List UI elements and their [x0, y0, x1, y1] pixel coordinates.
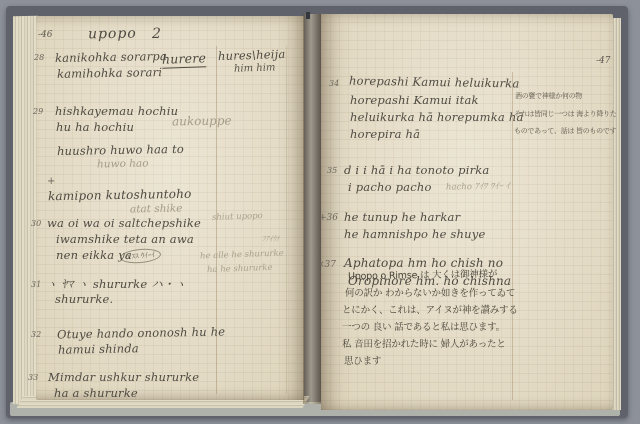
entry-line: shururke.	[55, 292, 113, 306]
pencil-katakana: ﾌｱｲｳﾅ	[262, 234, 280, 244]
entry-number: 31	[31, 280, 41, 289]
entry-line: horepira hā	[350, 127, 420, 141]
left-page-title-number: 2	[152, 26, 162, 42]
left-page-title: upopo	[88, 26, 137, 43]
entry-line: hishkayemau hochiu	[55, 104, 178, 118]
pencil-aukouppe: aukouppe	[172, 113, 232, 128]
gloss-hurere: hurere	[162, 50, 207, 69]
entry-line: heluikurka hā horepumka hā	[350, 110, 524, 124]
entry-line: i pacho pacho	[348, 180, 432, 194]
note-line: 何の訳か わからないか如きを作ってゐて	[345, 285, 515, 299]
circled-katakana: ｳ ｽｽ ｳｲｰｲ	[120, 243, 161, 263]
gutter-mark	[306, 12, 310, 19]
pencil-hacho: hacho ｱｲﾜ ﾜｲｰ ｲ	[446, 179, 510, 192]
entry-number: 32	[31, 330, 41, 339]
entry-line: kamipon kutoshuntoho	[48, 187, 192, 204]
entry-line: kanikohka sorarpa	[55, 49, 167, 65]
entry-number: +36	[319, 213, 338, 223]
note-line: 一つの 良い 話であると私は思ひます。	[342, 319, 505, 333]
pencil-huwo-hao: huwo hao	[97, 158, 149, 171]
entry-line: huushro huwo haa to	[57, 142, 184, 158]
entry-line: he tunup he harkar	[344, 210, 460, 224]
entry-line: horepashi Kamui itak	[350, 93, 479, 107]
entry-number: 33	[28, 373, 38, 382]
entry-number: ×37	[317, 260, 336, 270]
entry-line: kamihohka sorari	[57, 65, 162, 81]
entry-line: Mimdar ushkur shururke	[48, 370, 199, 384]
book-gutter	[303, 14, 321, 404]
entry-line: horepashi Kamui heluikurka	[349, 74, 520, 91]
page-edges-right	[612, 18, 621, 410]
entry-line: hu ha hochiu	[56, 120, 134, 134]
left-page-column-rule-2	[286, 46, 287, 394]
entry-line: ヽ ﾔﾏ ヽ shururke ハ・ヽ	[46, 276, 186, 292]
entry-line: hamui shinda	[58, 341, 139, 356]
pencil-atat-shike: atat shike	[130, 203, 183, 216]
right-page-number: -47	[596, 56, 611, 66]
entry-number: +	[47, 176, 55, 187]
left-page-number: -46	[38, 30, 53, 40]
notebook-photo: -46 upopo 2 28 kanikohka sorarpa kamihoh…	[0, 0, 640, 424]
entry-line: he hamnishpo he shuye	[344, 227, 485, 241]
entry-number: 35	[327, 166, 337, 175]
pencil-shiut-upopo: shiut upopo	[212, 211, 263, 223]
entry-number: 29	[33, 107, 43, 116]
note-line: 思ひます	[344, 353, 381, 367]
entry-number: 28	[34, 53, 44, 62]
margin-note-line: ものであって、話は 皆のものです	[514, 126, 616, 136]
note-line: 私 音田を招かれた時に 婦人があったと	[342, 336, 506, 350]
entry-line: Otuye hando ononosh hu he	[57, 325, 225, 342]
entry-line: wa oi wa oi saltchepshike	[47, 216, 201, 230]
circled-katakana-text: ｳ ｽｽ ｳｲｰｲ	[119, 247, 161, 265]
margin-note-line: それは皆同じ一つは 海より降りた	[514, 109, 616, 119]
entry-line: d i i hā i ha tonoto pirka	[344, 163, 490, 177]
entry-line: ha a shururke	[54, 386, 138, 400]
entry-number: 30	[31, 219, 41, 228]
gloss-hures-heija: hures\heija	[218, 47, 286, 63]
entry-number: 34	[329, 79, 339, 88]
note-line: とにかく、これは、アイヌが神を讃みする	[342, 302, 518, 316]
page-edges-left	[13, 16, 38, 404]
margin-note-line: 酒の甕で神様か何の物	[515, 91, 582, 101]
gloss-him-him: him him	[234, 62, 276, 74]
note-line: Upopo o Rimse は 大くは御神様が	[348, 266, 497, 283]
